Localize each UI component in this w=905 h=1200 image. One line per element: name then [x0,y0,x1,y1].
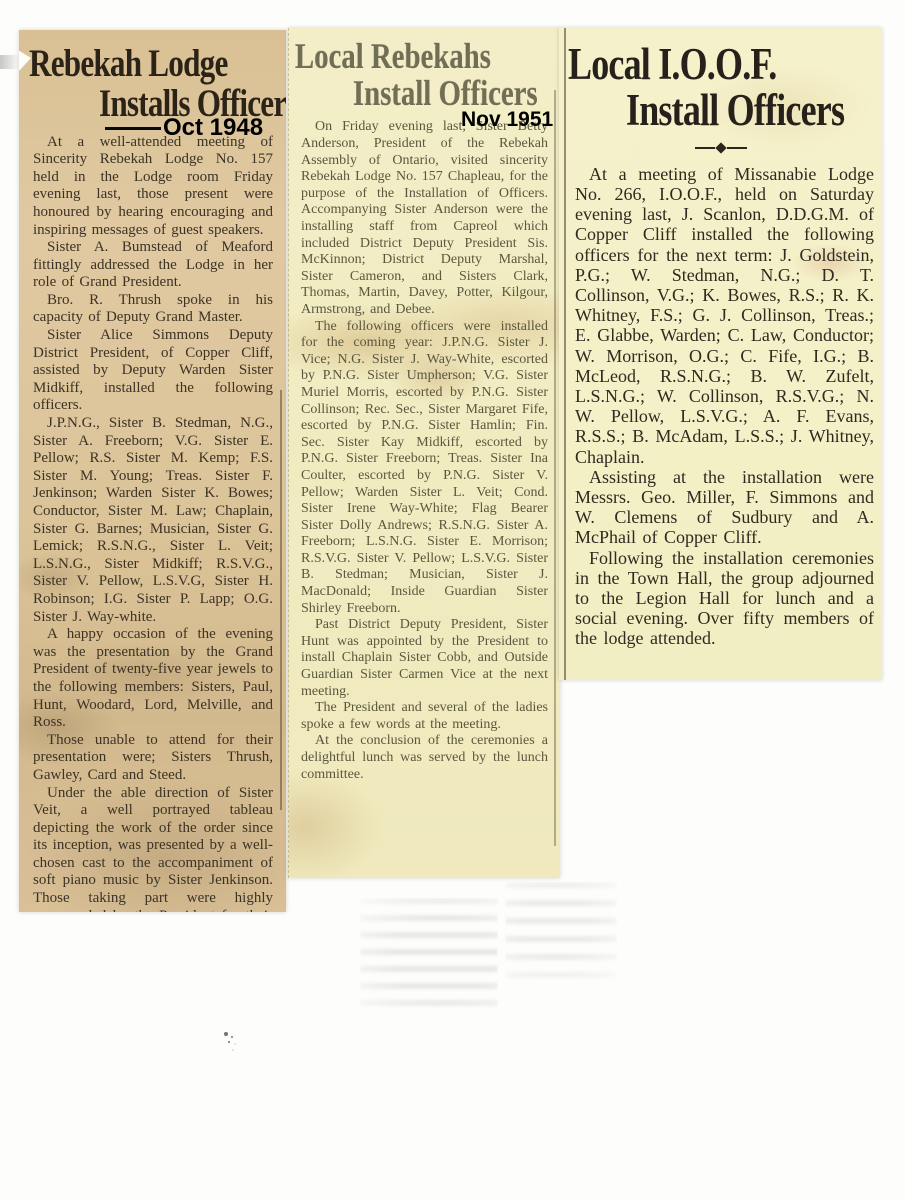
article-body: On Friday evening last, Sister Betty And… [301,119,548,783]
headline-line2: Install Officers [353,75,538,112]
date-annotation: Oct 1948 [163,114,263,142]
article-paragraph: At the conclusion of the ceremonies a de… [301,733,548,783]
article-paragraph: At a meeting of Missanabie Lodge No. 266… [575,164,874,467]
scanner-edge-shadow [0,55,20,69]
article-paragraph: At a well-attended meeting of Sincerity … [33,134,273,240]
article-paragraph: J.P.N.G., Sister B. Stedman, N.G., Siste… [33,415,273,626]
article-paragraph: Under the able direction of Sister Veit,… [33,785,273,913]
column-rule [564,28,566,680]
headline-line1: Local Rebekahs [295,38,491,75]
article-paragraph: Bro. R. Thrush spoke in his capacity of … [33,292,273,327]
diamond-icon [715,142,726,153]
clipping-headline: Rebekah Lodge Installs Officers [29,44,286,124]
scanned-page: { "page": { "background_color": "#fdfdfb… [0,0,905,1200]
headline-line1: Local I.O.O.F. [568,42,777,88]
diamond-divider-ornament [686,144,756,152]
article-paragraph: Following the installation ceremonies in… [575,548,874,649]
date-dash-line [105,127,161,130]
article-paragraph: Assisting at the installation were Messr… [575,467,874,548]
ink-speck [224,1032,228,1036]
column-rule [554,90,556,846]
column-rule [280,390,282,810]
clipping-rebekah-lodge-1948: Rebekah Lodge Installs Officers Oct 1948… [19,30,286,912]
date-annotation: Nov 1951 [461,108,553,132]
date-annotation-row: Oct 1948 [105,114,263,142]
headline-line1: Rebekah Lodge [29,44,228,84]
divider-line-right [727,147,747,149]
article-paragraph: The following officers were installed fo… [301,319,548,618]
clipping-headline: Local Rebekahs Install Officers [295,38,560,111]
article-paragraph: Sister Alice Simmons Deputy District Pre… [33,327,273,415]
clipping-local-rebekahs-1951: Local Rebekahs Install Officers Nov 1951… [288,28,560,878]
article-paragraph: On Friday evening last, Sister Betty And… [301,119,548,318]
article-paragraph: Those unable to attend for their present… [33,732,273,785]
headline-line2: Install Officers [626,88,844,134]
article-body: At a well-attended meeting of Sincerity … [33,134,273,912]
article-paragraph: Past District Deputy President, Sister H… [301,617,548,700]
bleed-through-ghost-text [505,882,617,982]
clipping-local-ioof: Local I.O.O.F. Install Officers At a mee… [559,28,882,680]
bleed-through-ghost-text [360,898,498,1016]
article-body: At a meeting of Missanabie Lodge No. 266… [575,164,874,649]
divider-line-left [695,147,715,149]
article-paragraph: The President and several of the ladies … [301,700,548,733]
article-paragraph: Sister A. Bumstead of Meaford fittingly … [33,239,273,292]
article-paragraph: A happy occasion of the evening was the … [33,626,273,732]
clipping-headline: Local I.O.O.F. Install Officers [568,42,882,134]
date-annotation-row: Nov 1951 [461,108,553,132]
